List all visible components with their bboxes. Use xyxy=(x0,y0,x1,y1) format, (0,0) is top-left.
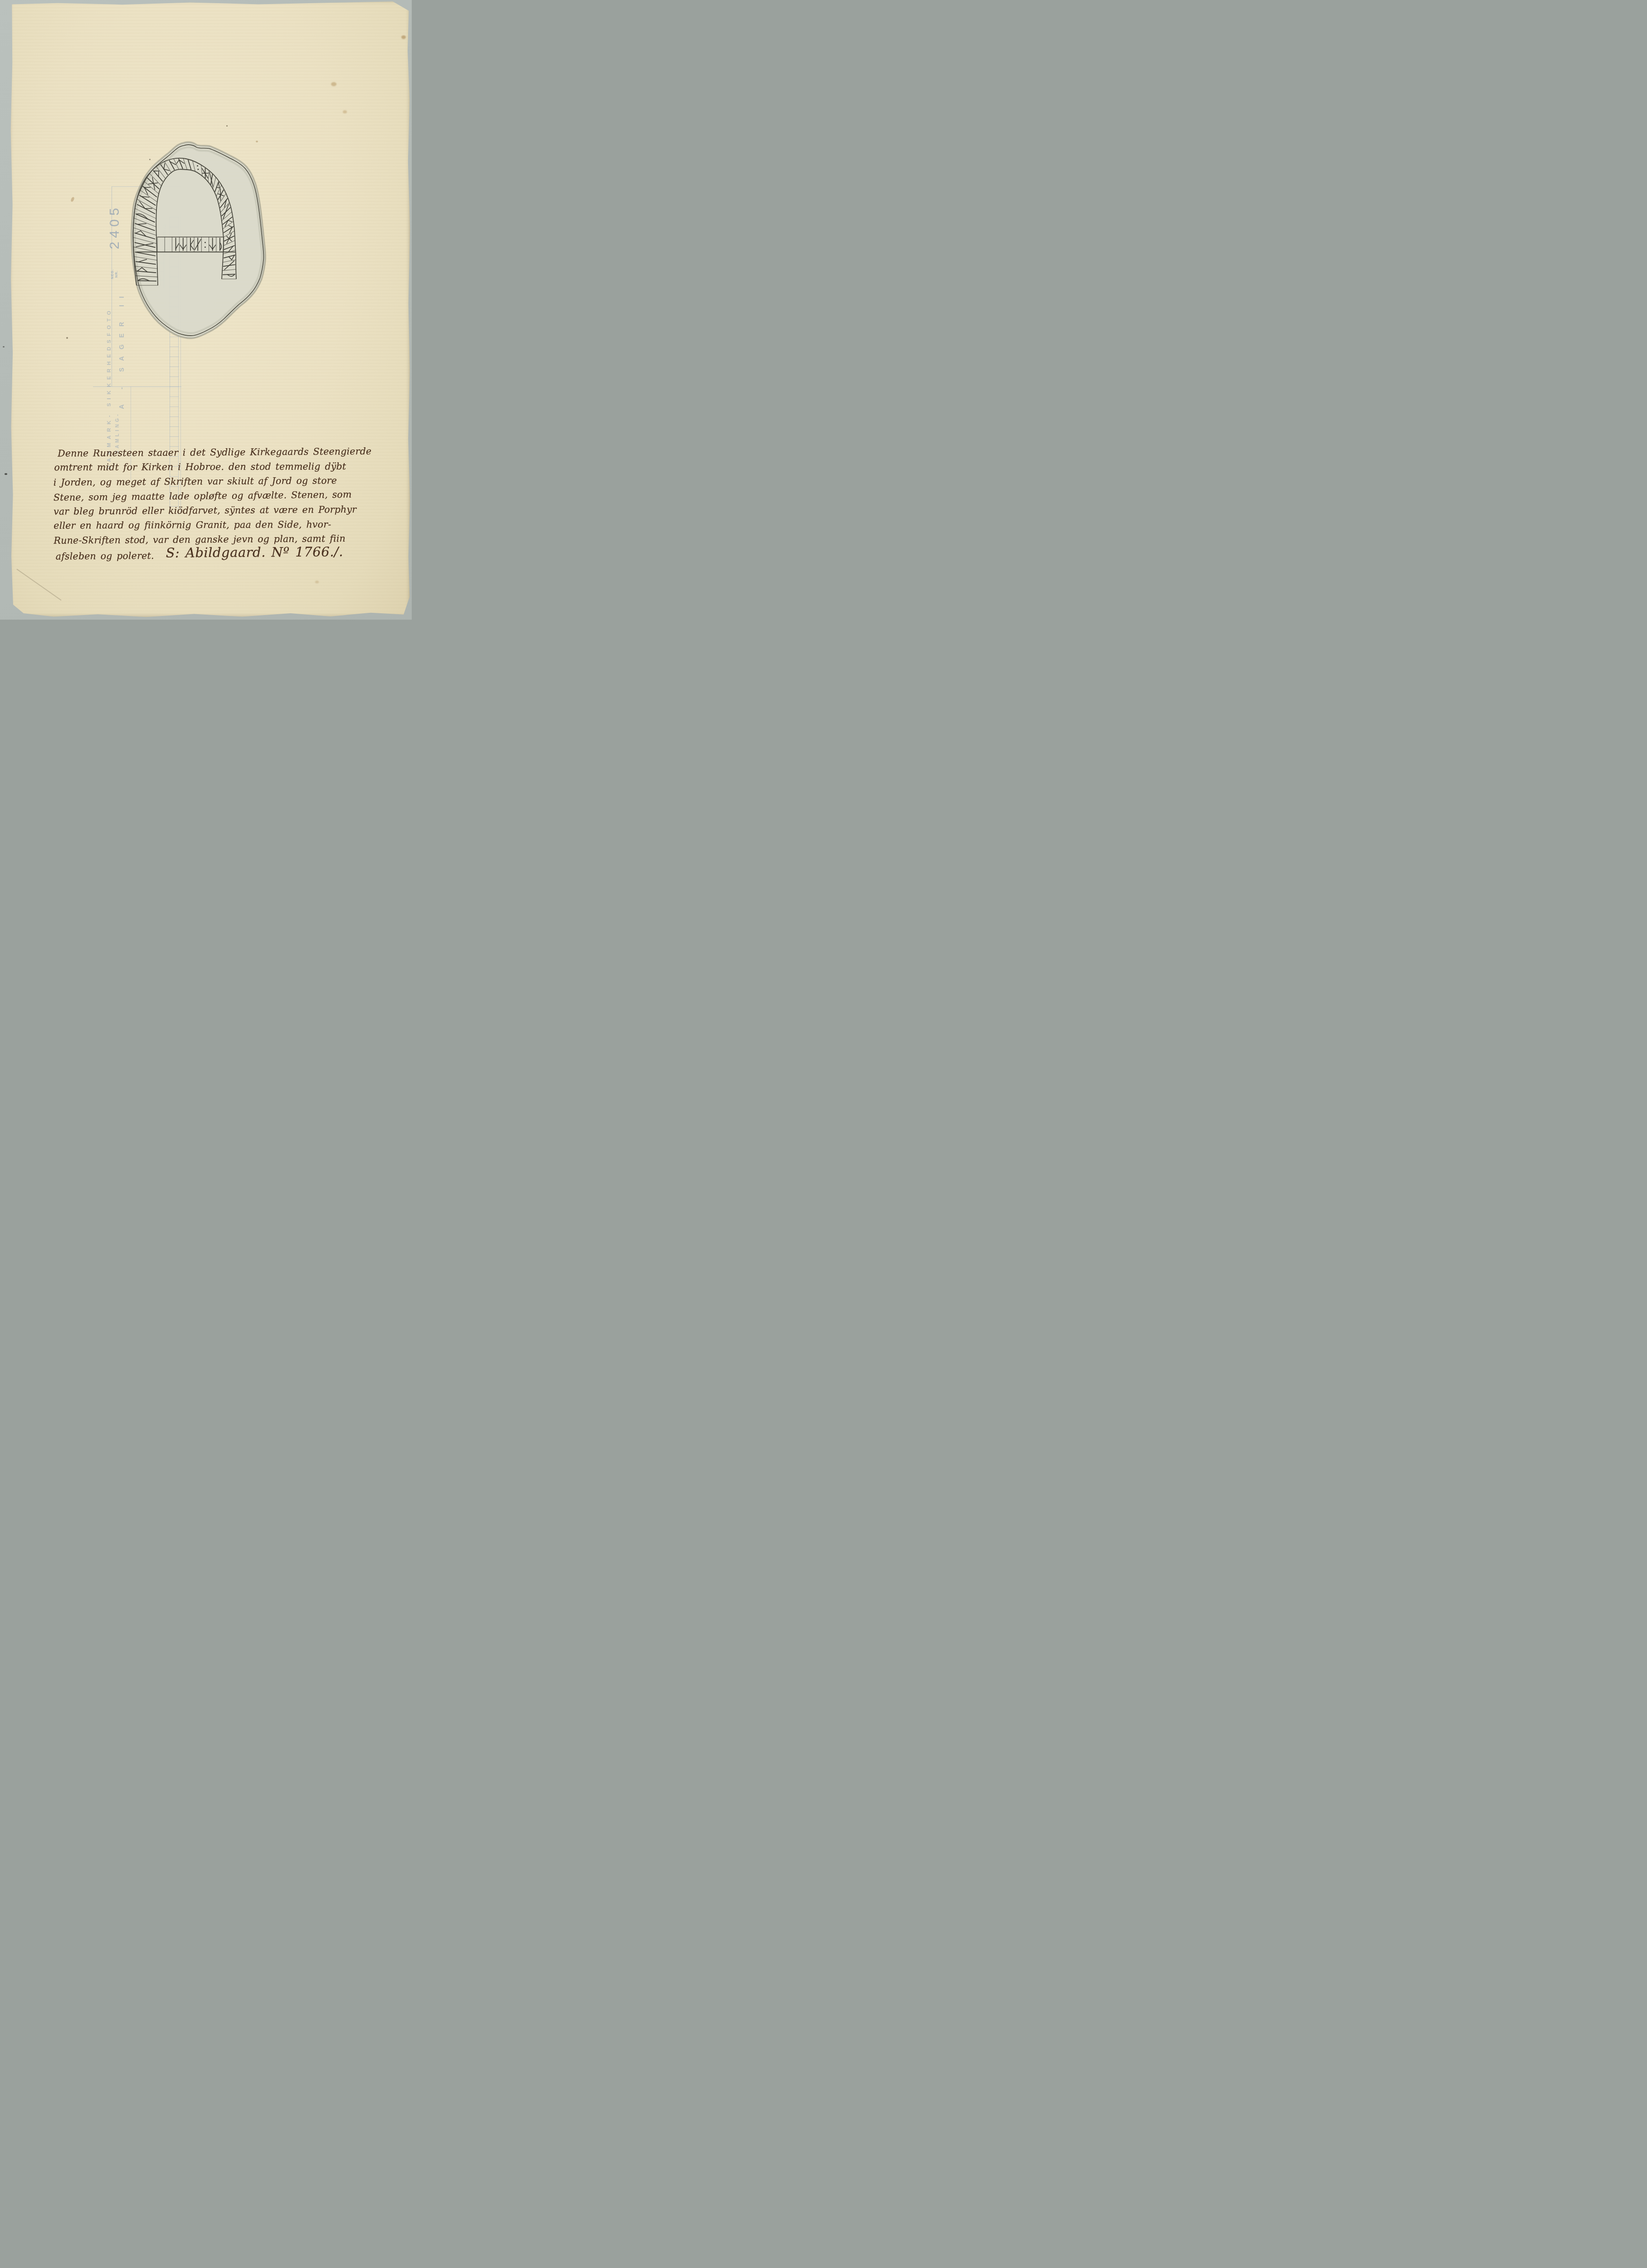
manuscript-line: eller en haard og fiinkörnig Granit, paa… xyxy=(54,517,379,533)
signature: S: Abildgaard. Nº 1766./. xyxy=(166,544,343,561)
stamp-neg-label-line2: NR. xyxy=(114,270,118,278)
scanned-page: 2405 NEG. NR. A - SAGER II DANMARK- SIKK… xyxy=(0,0,412,620)
ink-speck xyxy=(66,337,68,339)
foxing-spot xyxy=(343,110,347,113)
ink-speck xyxy=(226,125,228,127)
stamp-neg-label: NEG. NR. xyxy=(110,264,118,284)
manuscript-line: Denne Runesteen staaer i det Sydlige Kir… xyxy=(58,444,379,460)
foxing-spot xyxy=(331,82,336,86)
foxing-spot xyxy=(315,581,319,583)
stamp-neg-number: 2405 xyxy=(108,193,121,261)
runestone-drawing xyxy=(125,139,283,384)
stamp-series-line: A - SAGER II xyxy=(118,292,125,407)
manuscript-line: omtrent midt for Kirken i Hobroe. den st… xyxy=(54,459,379,474)
edge-speck xyxy=(3,346,5,347)
stamp-neg-label-line1: NEG. xyxy=(110,269,114,279)
foxing-spot xyxy=(401,35,406,39)
manuscript-line: var bleg brunröd eller kiödfarvet, sÿnte… xyxy=(54,502,379,518)
ink-speck xyxy=(149,159,151,160)
foxing-spot xyxy=(256,141,258,142)
manuscript-last-line: afsleben og poleret.S: Abildgaard. Nº 17… xyxy=(56,545,380,562)
edge-speck xyxy=(5,473,7,475)
manuscript-line: afsleben og poleret. xyxy=(56,550,154,562)
manuscript-text: Denne Runesteen staaer i det Sydlige Kir… xyxy=(52,444,380,562)
